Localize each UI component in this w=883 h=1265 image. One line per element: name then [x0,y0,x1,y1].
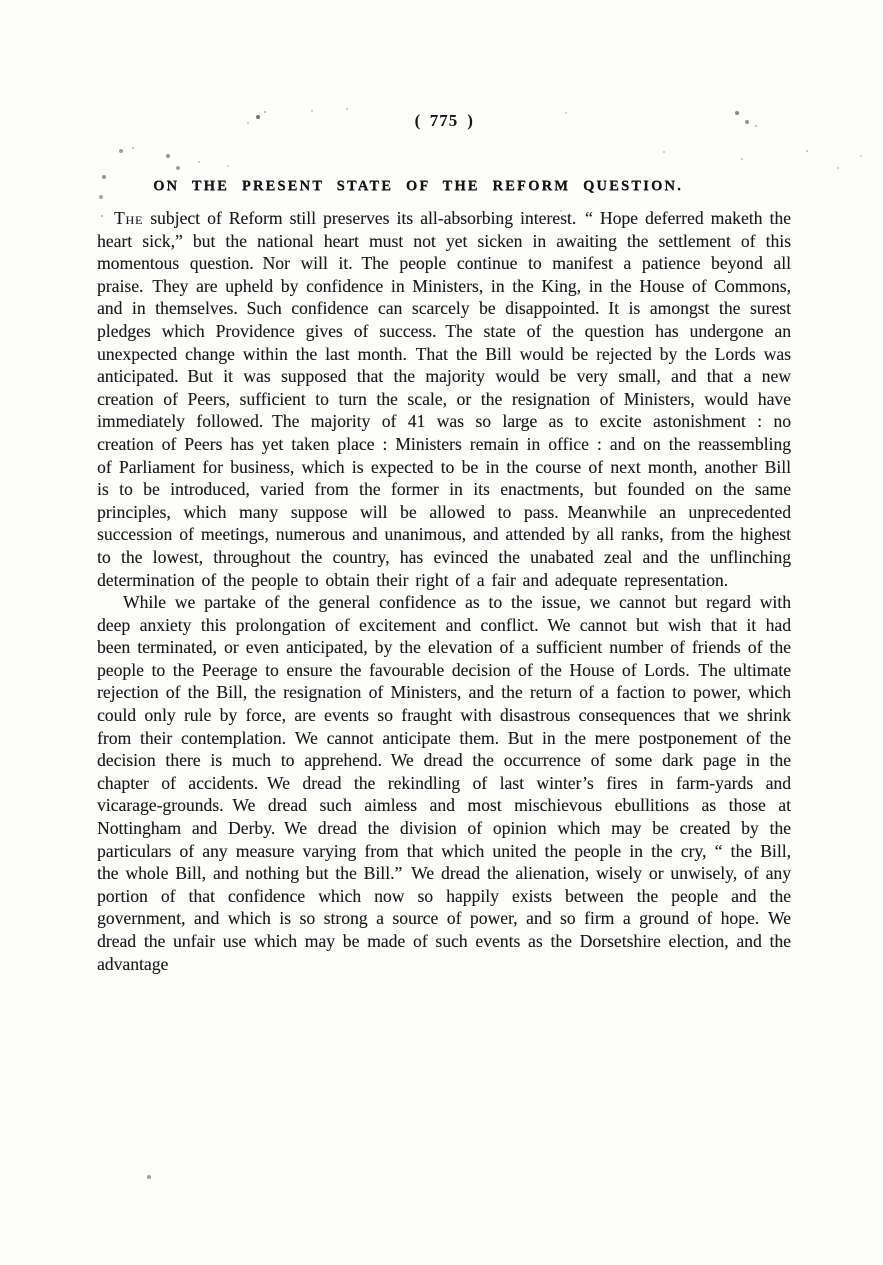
paragraph-2-text: While we partake of the general confiden… [97,592,791,974]
paragraph-2: While we partake of the general confiden… [97,591,791,975]
paragraph-1-lead-word: The [114,208,143,228]
article-title: ON THE PRESENT STATE OF THE REFORM QUEST… [71,178,765,195]
scan-noise [0,0,2,2]
book-page: (775) ON THE PRESENT STATE OF THE REFORM… [0,0,883,1265]
paragraph-1: The subject of Reform still preserves it… [97,207,791,591]
page-number-close-paren: ) [467,111,473,130]
page-number-value: 775 [430,111,459,130]
page-number-open-paren: ( [415,111,421,130]
paragraph-1-text: subject of Reform still preserves its al… [97,208,791,590]
text-column: (775) ON THE PRESENT STATE OF THE REFORM… [97,0,791,975]
page-number: (775) [97,111,791,131]
article-body: The subject of Reform still preserves it… [97,207,791,975]
